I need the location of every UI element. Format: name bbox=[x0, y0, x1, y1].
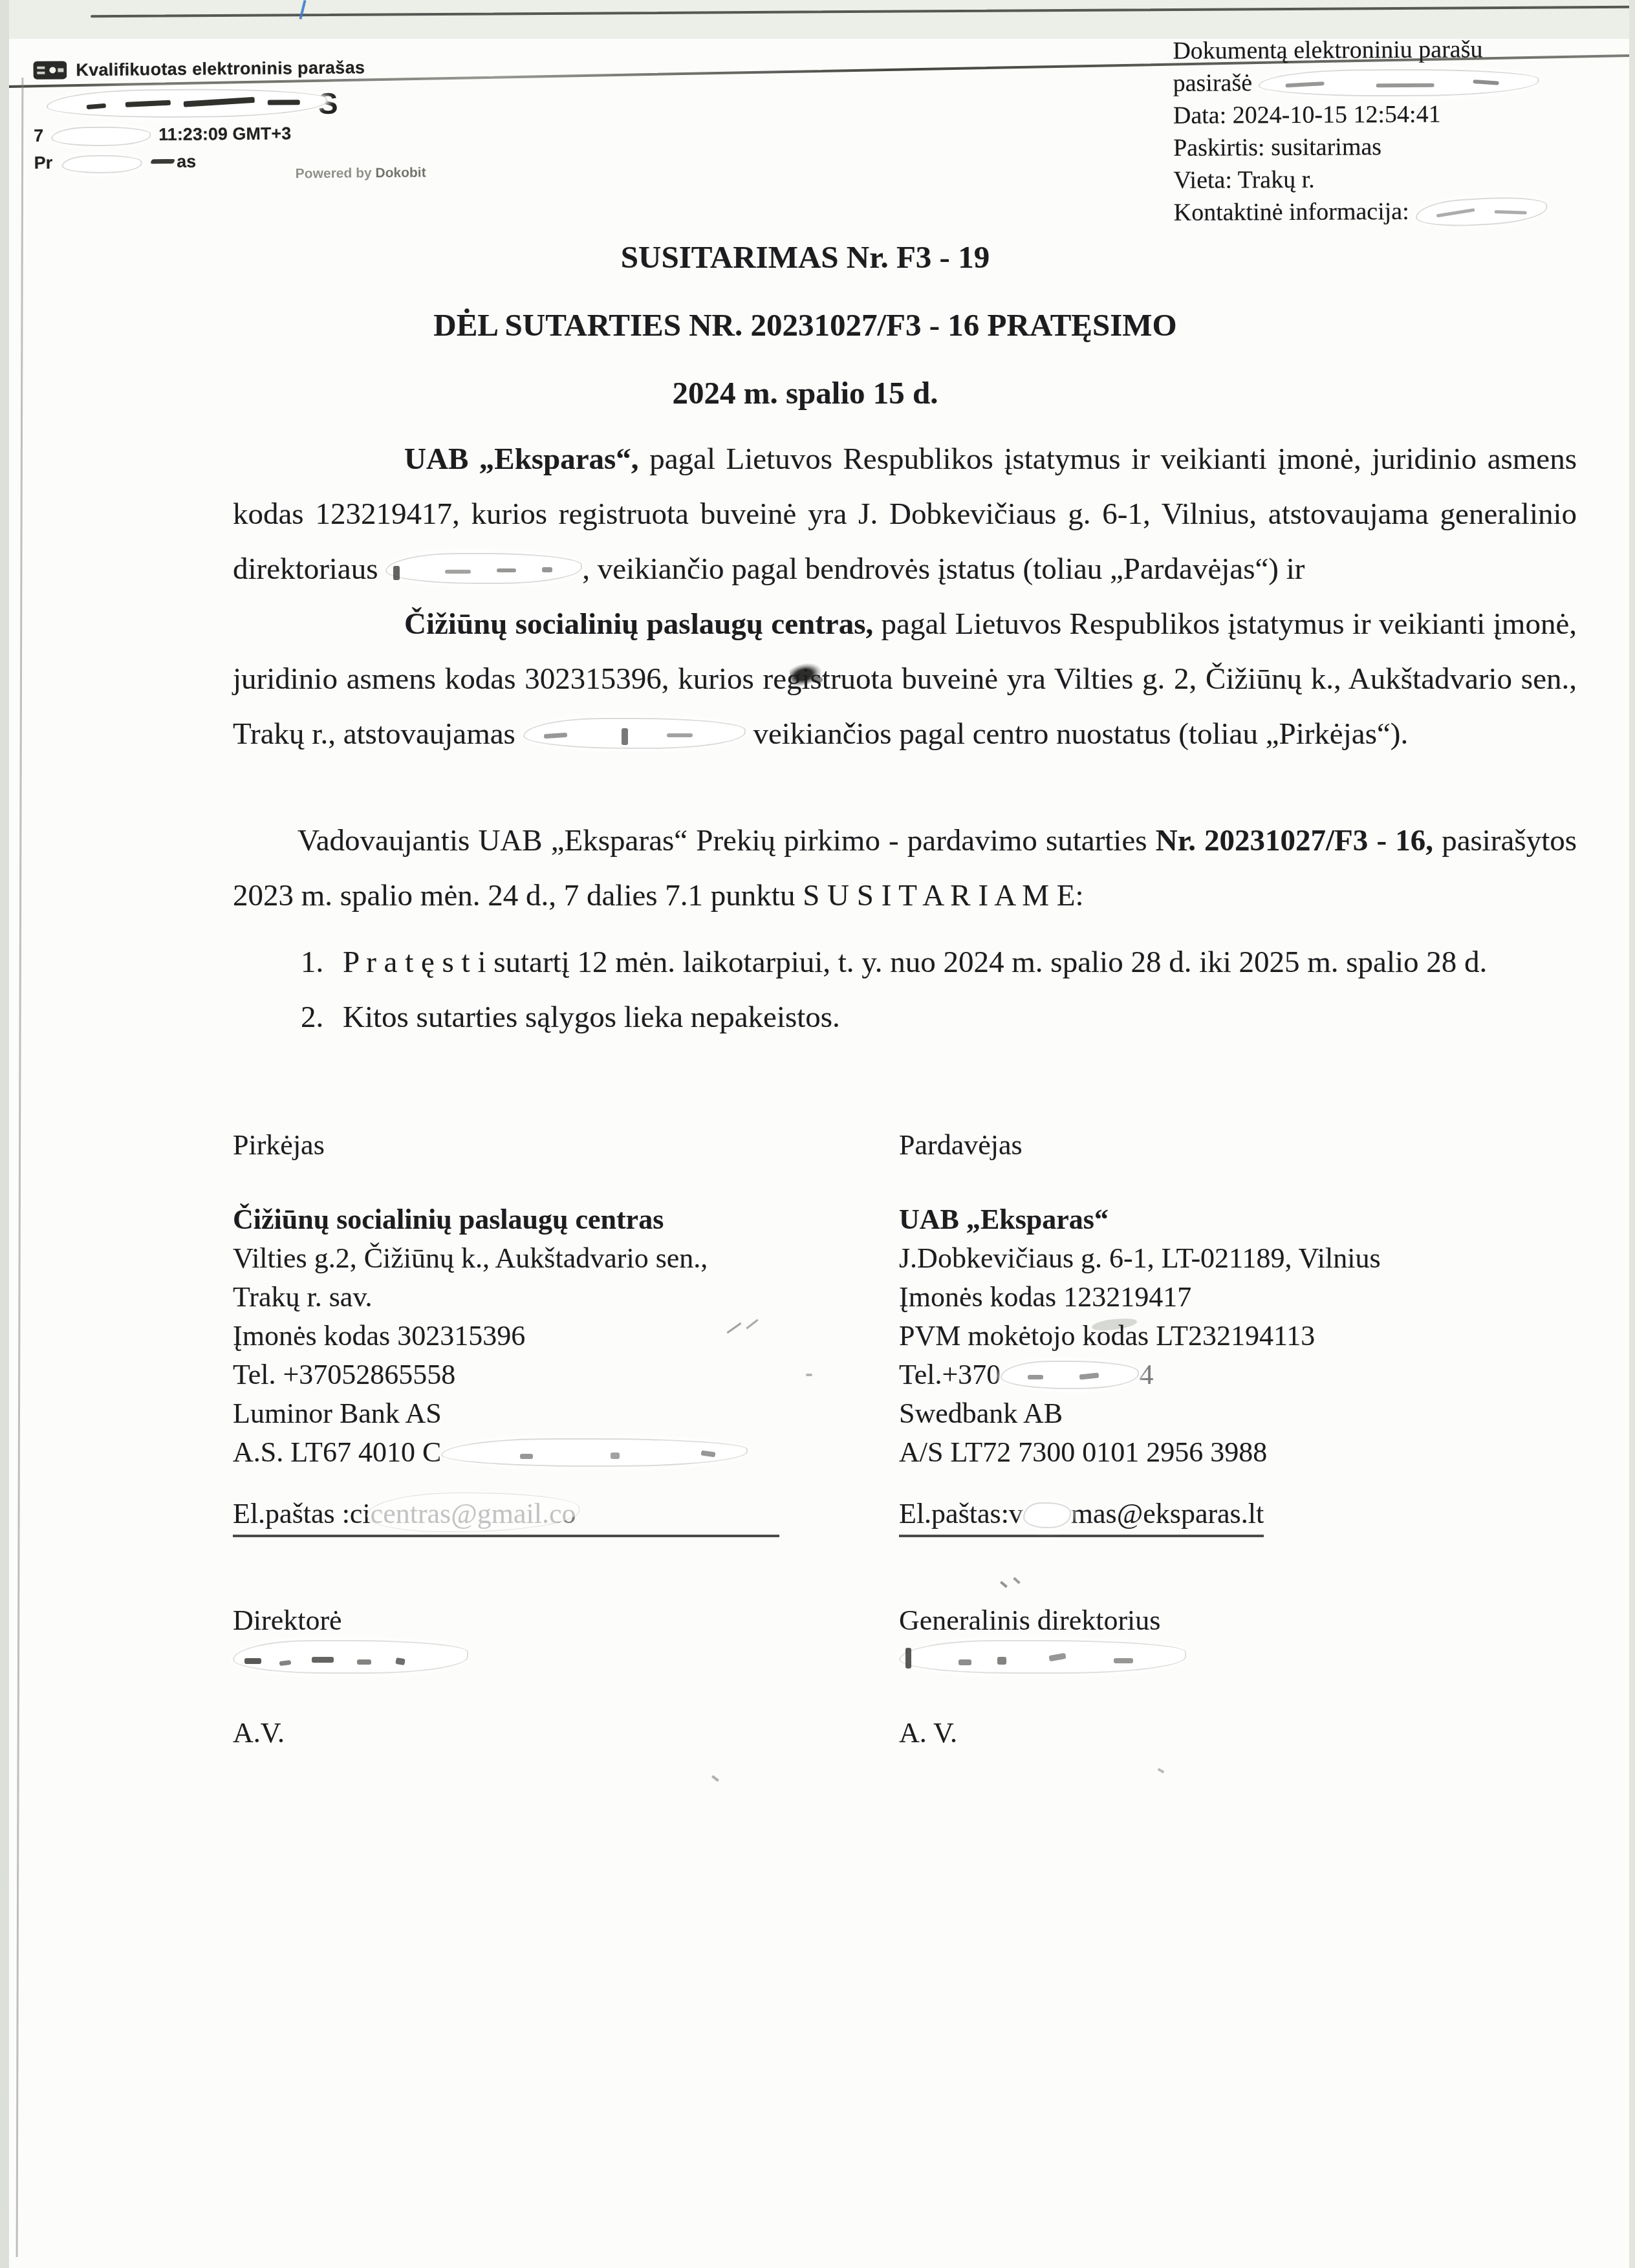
spacer bbox=[233, 1472, 899, 1495]
document-title-block: SUSITARIMAS Nr. F3 - 19 DĖL SUTARTIES NR… bbox=[39, 241, 1572, 444]
buyer-intro-tail: veikiančios pagal centro nuostatus (toli… bbox=[746, 717, 1409, 751]
agreement-list: 1.P r a t ę s t i sutartį 12 mėn. laikot… bbox=[233, 935, 1577, 1045]
seller-bank-name: Swedbank AB bbox=[899, 1394, 1577, 1433]
buyer-company-code: Įmonės kodas 302315396 bbox=[233, 1317, 899, 1355]
email-prefix: El.paštas:v bbox=[899, 1498, 1023, 1529]
esignature-info-block: Dokumentą elektroniniu parašu pasirašė D… bbox=[1173, 32, 1627, 229]
esign-place-line: Vieta: Trakų r. bbox=[1173, 162, 1626, 197]
stamp-signer-line: S bbox=[34, 85, 448, 126]
redacted-director-name bbox=[385, 553, 582, 584]
esign-line1: Dokumentą elektroniniu parašu bbox=[1173, 32, 1625, 67]
seller-role: Generalinis direktorius bbox=[899, 1601, 1577, 1640]
scanner-edge-band bbox=[0, 0, 1635, 39]
buyer-name: Čižiūnų socialinių paslaugų centras bbox=[233, 1200, 899, 1239]
esign-purpose-line: Paskirtis: susitarimas bbox=[1173, 129, 1626, 164]
redacted-signature bbox=[233, 1640, 468, 1674]
smeared-email: centras@gmail.co bbox=[371, 1498, 576, 1529]
stamp-date-line: 711:23:09 GMT+3 bbox=[34, 122, 448, 153]
buyer-address-1: Vilties g.2, Čižiūnų k., Aukštadvario se… bbox=[233, 1239, 899, 1278]
dokobit-brand: Dokobit bbox=[375, 166, 426, 181]
redacted-signer bbox=[1258, 69, 1539, 97]
redacted-account bbox=[441, 1438, 748, 1467]
document-date: 2024 m. spalio 15 d. bbox=[39, 376, 1572, 410]
spacer bbox=[233, 1533, 899, 1601]
dokobit-signature-icon bbox=[33, 59, 67, 80]
seller-seal-mark: A. V. bbox=[899, 1714, 1577, 1753]
spacer bbox=[899, 1165, 1577, 1200]
redacted-phone bbox=[1001, 1361, 1139, 1389]
contact-label: Kontaktinė informacija: bbox=[1174, 198, 1409, 226]
agreement-text: Vadovaujantis UAB „Eksparas“ Prekių pirk… bbox=[298, 824, 1156, 858]
esign-date-line: Data: 2024-10-15 12:54:41 bbox=[1173, 97, 1626, 132]
seller-column: Pardavėjas UAB „Eksparas“ J.Dobkevičiaus… bbox=[899, 1126, 1577, 1753]
seller-intro-paragraph: UAB „Eksparas“, pagal Lietuvos Respublik… bbox=[233, 432, 1577, 597]
email-prefix: El.paštas :ci bbox=[233, 1498, 371, 1529]
buyer-bank-name: Luminor Bank AS bbox=[233, 1394, 899, 1433]
spacer bbox=[233, 1165, 899, 1200]
account-prefix: A.S. LT67 4010 C bbox=[233, 1436, 441, 1468]
contract-number-bold: Nr. 20231027/F3 - 16, bbox=[1156, 824, 1433, 858]
seller-bank-account: A/S LT72 7300 0101 2956 3988 bbox=[899, 1433, 1577, 1472]
document-body: UAB „Eksparas“, pagal Lietuvos Respublik… bbox=[233, 432, 1577, 1753]
scanner-left-band bbox=[0, 0, 9, 2268]
item2-text: Kitos sutarties sąlygos lieka nepakeisto… bbox=[343, 1000, 840, 1034]
spacer bbox=[899, 1681, 1577, 1714]
seller-intro-tail: , veikiančio pagal bendrovės įstatus (to… bbox=[582, 552, 1305, 586]
stamp-header: Kvalifikuotas elektroninis parašas bbox=[33, 54, 447, 83]
redacted-contact bbox=[1414, 195, 1548, 230]
scanner-right-band bbox=[1629, 0, 1635, 2268]
buyer-name-bold: Čižiūnų socialinių paslaugų centras, bbox=[404, 607, 873, 641]
agreement-paragraph: Vadovaujantis UAB „Eksparas“ Prekių pirk… bbox=[233, 814, 1577, 923]
buyer-address-2: Trakų r. sav. bbox=[233, 1278, 899, 1317]
redacted-date bbox=[51, 126, 151, 146]
spacer bbox=[899, 1533, 1577, 1601]
spacer bbox=[233, 1681, 899, 1714]
seller-name: UAB „Eksparas“ bbox=[899, 1200, 1577, 1239]
redacted-word bbox=[61, 155, 142, 173]
stamp-extra-suffix: as bbox=[177, 152, 196, 171]
list-item-1: 1.P r a t ę s t i sutartį 12 mėn. laikot… bbox=[233, 935, 1577, 990]
stamp-time: 11:23:09 GMT+3 bbox=[158, 124, 291, 144]
buyer-signature-line bbox=[233, 1640, 899, 1681]
seller-name-bold: UAB „Eksparas“, bbox=[404, 442, 639, 476]
redacted-representative-name bbox=[523, 718, 746, 749]
powered-by-label: Powered by bbox=[296, 166, 372, 181]
document-title: SUSITARIMAS Nr. F3 - 19 bbox=[39, 241, 1572, 274]
parties-columns: Pirkėjas Čižiūnų socialinių paslaugų cen… bbox=[233, 1107, 1577, 1753]
seller-company-code: Įmonės kodas 123219417 bbox=[899, 1278, 1577, 1317]
email-suffix: mas@eksparas.lt bbox=[1071, 1498, 1264, 1529]
buyer-column: Pirkėjas Čižiūnų socialinių paslaugų cen… bbox=[233, 1126, 899, 1753]
seller-header: Pardavėjas bbox=[899, 1126, 1577, 1165]
buyer-header: Pirkėjas bbox=[233, 1126, 899, 1165]
item1-text: sutartį 12 mėn. laikotarpiui, t. y. nuo … bbox=[486, 945, 1487, 979]
seller-signature-line bbox=[899, 1640, 1577, 1681]
scanned-contract-page: Kvalifikuotas elektroninis parašas S 711… bbox=[0, 0, 1635, 2268]
buyer-intro-paragraph: Čižiūnų socialinių paslaugų centras, pag… bbox=[233, 597, 1577, 762]
buyer-seal-mark: A.V. bbox=[233, 1714, 899, 1753]
esign-signed-by-line: pasirašė bbox=[1173, 65, 1625, 100]
seller-email-line: El.paštas:vmas@eksparas.lt bbox=[899, 1495, 1577, 1533]
stamp-date-prefix: 7 bbox=[34, 126, 43, 146]
redacted-email-part bbox=[1023, 1502, 1071, 1528]
item-number: 1. bbox=[301, 935, 323, 990]
seller-address: J.Dobkevičiaus g. 6-1, LT-021189, Vilniu… bbox=[899, 1239, 1577, 1278]
buyer-email-line: El.paštas :cicentras@gmail.co bbox=[233, 1495, 899, 1533]
document-subtitle: DĖL SUTARTIES NR. 20231027/F3 - 16 PRATĘ… bbox=[39, 308, 1572, 342]
ink-remnant bbox=[150, 159, 175, 164]
item1-spaced-lead: P r a t ę s t i bbox=[343, 945, 486, 979]
buyer-phone: Tel. +37052865558 bbox=[233, 1355, 899, 1394]
item-number: 2. bbox=[301, 990, 323, 1045]
powered-by-dokobit: Powered by Dokobit bbox=[296, 166, 426, 182]
list-item-2: 2.Kitos sutarties sąlygos lieka nepakeis… bbox=[233, 990, 1577, 1045]
esignature-stamp: Kvalifikuotas elektroninis parašas S 711… bbox=[33, 54, 448, 180]
buyer-role: Direktorė bbox=[233, 1601, 899, 1640]
stamp-title: Kvalifikuotas elektroninis parašas bbox=[76, 58, 365, 80]
signed-by-label: pasirašė bbox=[1173, 69, 1253, 97]
spacer bbox=[899, 1472, 1577, 1495]
seller-phone: Tel.+3704 bbox=[899, 1355, 1577, 1394]
phone-prefix: Tel.+370 bbox=[899, 1359, 1001, 1390]
esign-contact-line: Kontaktinė informacija: bbox=[1174, 194, 1627, 229]
agreement-keyword: S U S I T A R I A M E: bbox=[803, 879, 1083, 913]
redacted-signature bbox=[899, 1640, 1186, 1674]
buyer-bank-account: A.S. LT67 4010 C bbox=[233, 1433, 899, 1472]
redacted-signer-name bbox=[47, 88, 327, 119]
seller-vat-code: PVM mokėtojo kodas LT232194113 bbox=[899, 1317, 1577, 1355]
stamp-extra-prefix: Pr bbox=[34, 153, 52, 173]
phone-faint-digit: 4 bbox=[1139, 1359, 1153, 1390]
